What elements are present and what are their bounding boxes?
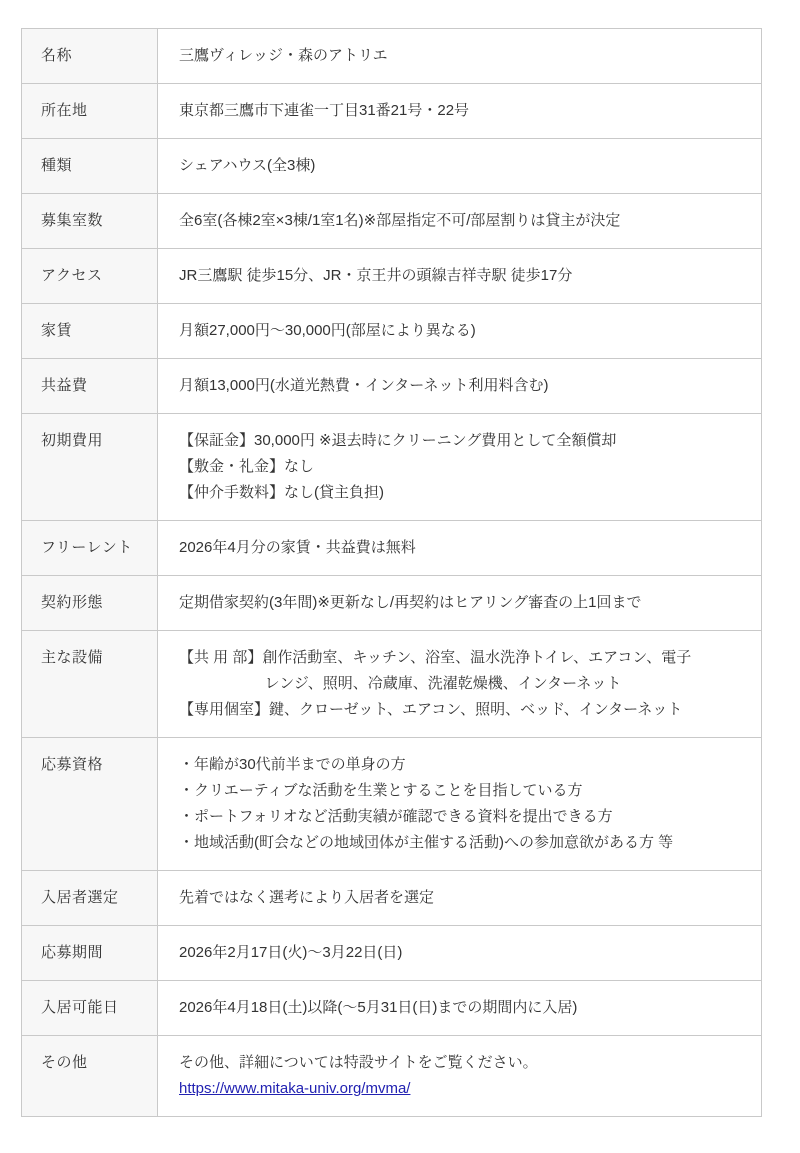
row-value: 三鷹ヴィレッジ・森のアトリエ	[158, 29, 762, 84]
row-label: アクセス	[22, 249, 158, 304]
row-label: 入居可能日	[22, 981, 158, 1036]
row-label: 名称	[22, 29, 158, 84]
value-line: 定期借家契約(3年間)※更新なし/再契約はヒアリング審査の上1回まで	[179, 590, 747, 616]
value-line: JR三鷹駅 徒歩15分、JR・京王井の頭線吉祥寺駅 徒歩17分	[179, 263, 747, 289]
row-label: 応募資格	[22, 738, 158, 871]
value-line: 月額27,000円〜30,000円(部屋により異なる)	[179, 318, 747, 344]
row-value: JR三鷹駅 徒歩15分、JR・京王井の頭線吉祥寺駅 徒歩17分	[158, 249, 762, 304]
row-label: 応募期間	[22, 926, 158, 981]
row-rooms: 募集室数 全6室(各棟2室×3棟/1室1名)※部屋指定不可/部屋割りは貸主が決定	[22, 194, 762, 249]
value-line: 【敷金・礼金】なし	[179, 454, 747, 480]
row-value: その他、詳細については特設サイトをご覧ください。 https://www.mit…	[158, 1036, 762, 1117]
row-value: シェアハウス(全3棟)	[158, 139, 762, 194]
special-site-link[interactable]: https://www.mitaka-univ.org/mvma/	[179, 1076, 410, 1102]
row-label: 募集室数	[22, 194, 158, 249]
value-line: 【保証金】30,000円 ※退去時にクリーニング費用として全額償却	[179, 428, 747, 454]
value-line: 【仲介手数料】なし(貸主負担)	[179, 480, 747, 506]
value-line: 東京都三鷹市下連雀一丁目31番21号・22号	[179, 98, 747, 124]
value-line: 全6室(各棟2室×3棟/1室1名)※部屋指定不可/部屋割りは貸主が決定	[179, 208, 747, 234]
value-line: 【専用個室】鍵、クローゼット、エアコン、照明、ベッド、インターネット	[179, 697, 747, 723]
row-value: 月額13,000円(水道光熱費・インターネット利用料含む)	[158, 359, 762, 414]
row-value: 東京都三鷹市下連雀一丁目31番21号・22号	[158, 84, 762, 139]
value-line: ・クリエーティブな活動を生業とすることを目指している方	[179, 778, 747, 804]
value-line: 月額13,000円(水道光熱費・インターネット利用料含む)	[179, 373, 747, 399]
value-line: 三鷹ヴィレッジ・森のアトリエ	[179, 43, 747, 69]
row-label: 入居者選定	[22, 871, 158, 926]
row-label: その他	[22, 1036, 158, 1117]
value-line: レンジ、照明、冷蔵庫、洗濯乾燥機、インターネット	[179, 671, 747, 697]
row-value: ・年齢が30代前半までの単身の方 ・クリエーティブな活動を生業とすることを目指し…	[158, 738, 762, 871]
row-free-rent: フリーレント 2026年4月分の家賃・共益費は無料	[22, 521, 762, 576]
row-label: 共益費	[22, 359, 158, 414]
row-value: 月額27,000円〜30,000円(部屋により異なる)	[158, 304, 762, 359]
row-facilities: 主な設備 【共 用 部】創作活動室、キッチン、浴室、温水洗浄トイレ、エアコン、電…	[22, 631, 762, 738]
property-spec-table-wrap: 名称 三鷹ヴィレッジ・森のアトリエ 所在地 東京都三鷹市下連雀一丁目31番21号…	[21, 28, 762, 1117]
row-location: 所在地 東京都三鷹市下連雀一丁目31番21号・22号	[22, 84, 762, 139]
row-access: アクセス JR三鷹駅 徒歩15分、JR・京王井の頭線吉祥寺駅 徒歩17分	[22, 249, 762, 304]
value-line: シェアハウス(全3棟)	[179, 153, 747, 179]
row-label: 所在地	[22, 84, 158, 139]
row-initial-cost: 初期費用 【保証金】30,000円 ※退去時にクリーニング費用として全額償却 【…	[22, 414, 762, 521]
value-line: 【共 用 部】創作活動室、キッチン、浴室、温水洗浄トイレ、エアコン、電子	[179, 645, 747, 671]
row-label: 家賃	[22, 304, 158, 359]
row-eligibility: 応募資格 ・年齢が30代前半までの単身の方 ・クリエーティブな活動を生業とするこ…	[22, 738, 762, 871]
row-label: 主な設備	[22, 631, 158, 738]
row-other: その他 その他、詳細については特設サイトをご覧ください。 https://www…	[22, 1036, 762, 1117]
row-common-fee: 共益費 月額13,000円(水道光熱費・インターネット利用料含む)	[22, 359, 762, 414]
row-tenant-selection: 入居者選定 先着ではなく選考により入居者を選定	[22, 871, 762, 926]
property-spec-table: 名称 三鷹ヴィレッジ・森のアトリエ 所在地 東京都三鷹市下連雀一丁目31番21号…	[21, 28, 762, 1117]
value-line: 先着ではなく選考により入居者を選定	[179, 885, 747, 911]
value-line: 2026年4月分の家賃・共益費は無料	[179, 535, 747, 561]
row-move-in-date: 入居可能日 2026年4月18日(土)以降(〜5月31日(日)までの期間内に入居…	[22, 981, 762, 1036]
row-value: 先着ではなく選考により入居者を選定	[158, 871, 762, 926]
row-value: 【保証金】30,000円 ※退去時にクリーニング費用として全額償却 【敷金・礼金…	[158, 414, 762, 521]
row-value: 【共 用 部】創作活動室、キッチン、浴室、温水洗浄トイレ、エアコン、電子 レンジ…	[158, 631, 762, 738]
row-label: 種類	[22, 139, 158, 194]
value-line: 2026年2月17日(火)〜3月22日(日)	[179, 940, 747, 966]
row-value: 定期借家契約(3年間)※更新なし/再契約はヒアリング審査の上1回まで	[158, 576, 762, 631]
row-label: 契約形態	[22, 576, 158, 631]
row-label: 初期費用	[22, 414, 158, 521]
value-line: ・年齢が30代前半までの単身の方	[179, 752, 747, 778]
value-line: ・地域活動(町会などの地域団体が主催する活動)への参加意欲がある方 等	[179, 830, 747, 856]
row-rent: 家賃 月額27,000円〜30,000円(部屋により異なる)	[22, 304, 762, 359]
row-value: 全6室(各棟2室×3棟/1室1名)※部屋指定不可/部屋割りは貸主が決定	[158, 194, 762, 249]
row-label: フリーレント	[22, 521, 158, 576]
row-application-period: 応募期間 2026年2月17日(火)〜3月22日(日)	[22, 926, 762, 981]
row-name: 名称 三鷹ヴィレッジ・森のアトリエ	[22, 29, 762, 84]
row-contract: 契約形態 定期借家契約(3年間)※更新なし/再契約はヒアリング審査の上1回まで	[22, 576, 762, 631]
row-value: 2026年4月分の家賃・共益費は無料	[158, 521, 762, 576]
row-value: 2026年4月18日(土)以降(〜5月31日(日)までの期間内に入居)	[158, 981, 762, 1036]
row-type: 種類 シェアハウス(全3棟)	[22, 139, 762, 194]
value-line: その他、詳細については特設サイトをご覧ください。	[179, 1050, 747, 1076]
value-line: ・ポートフォリオなど活動実績が確認できる資料を提出できる方	[179, 804, 747, 830]
row-value: 2026年2月17日(火)〜3月22日(日)	[158, 926, 762, 981]
value-line: 2026年4月18日(土)以降(〜5月31日(日)までの期間内に入居)	[179, 995, 747, 1021]
